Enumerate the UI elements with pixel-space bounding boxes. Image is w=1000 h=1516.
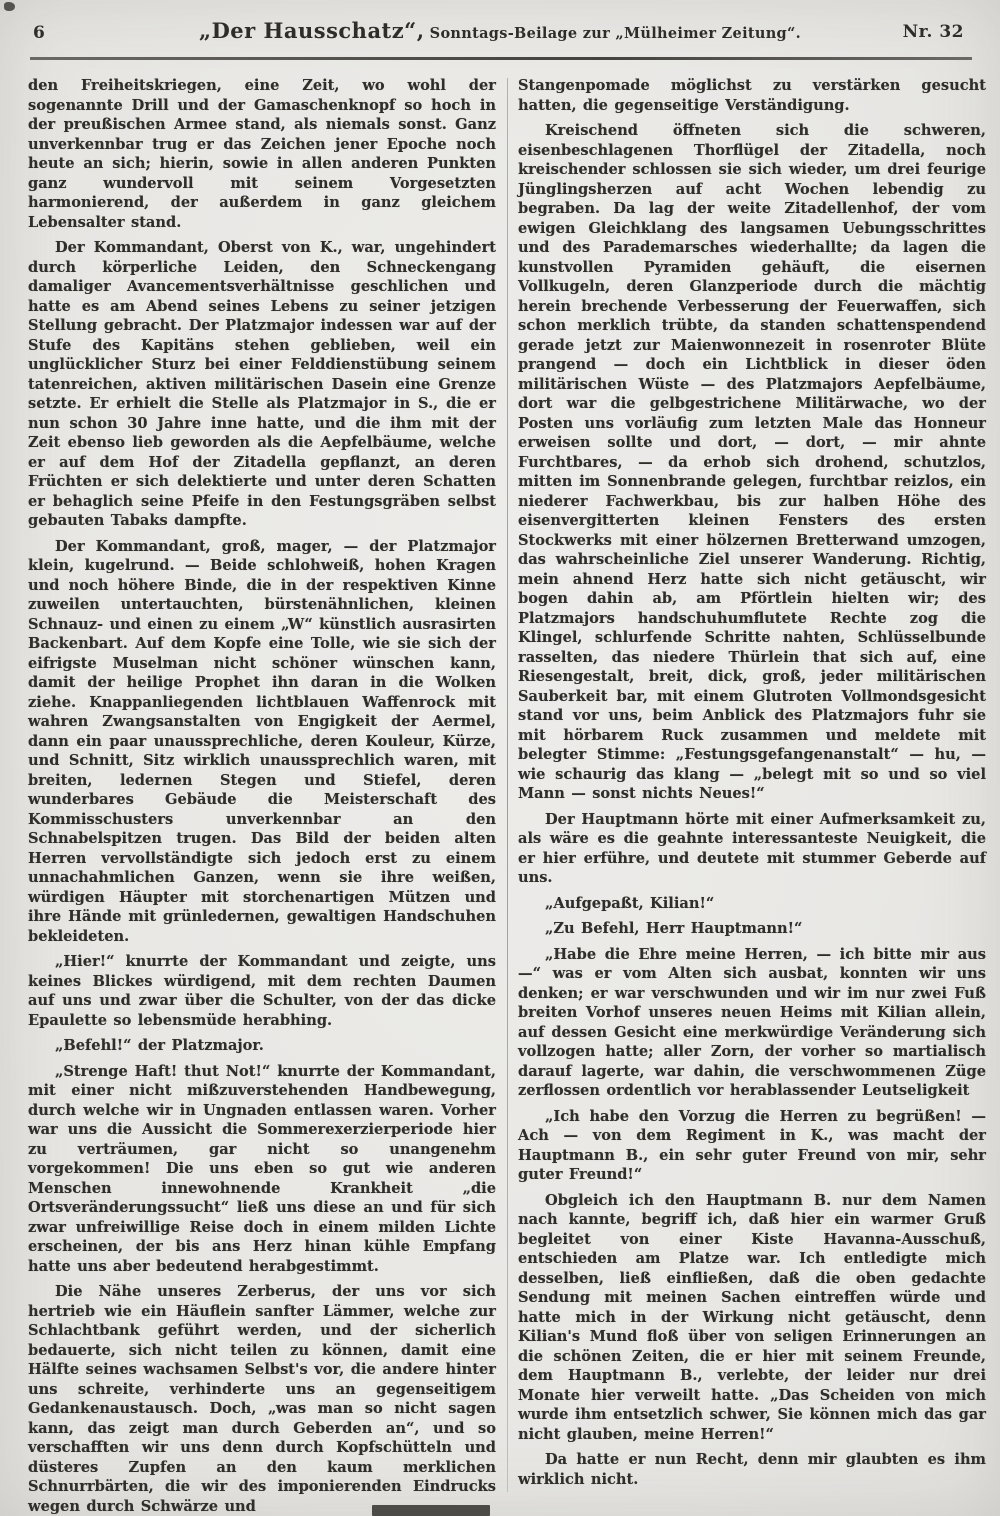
scan-artifact-bar [372, 1505, 490, 1516]
issue-number: Nr. 32 [903, 22, 964, 42]
header-rule [30, 57, 972, 60]
masthead-title: „Der Hausschatz“, [199, 18, 425, 43]
paragraph: „Strenge Haft! thut Not!“ knurrte der Ko… [28, 1062, 496, 1277]
paragraph: „Befehl!“ der Platzmajor. [28, 1036, 496, 1056]
article-body: den Freiheitskriegen, eine Zeit, wo wohl… [28, 76, 986, 1516]
paragraph: Obgleich ich den Hauptmann B. nur dem Na… [518, 1191, 986, 1445]
right-column: Stangenpomade möglichst zu verstärken ge… [518, 76, 986, 1516]
newspaper-page: 6 „Der Hausschatz“, Sonntags-Beilage zur… [0, 0, 1000, 1516]
paragraph: Stangenpomade möglichst zu verstärken ge… [518, 76, 986, 115]
masthead: „Der Hausschatz“, Sonntags-Beilage zur „… [120, 18, 880, 43]
left-column: den Freiheitskriegen, eine Zeit, wo wohl… [28, 76, 496, 1516]
page-header: 6 „Der Hausschatz“, Sonntags-Beilage zur… [0, 14, 1000, 56]
paragraph: „Zu Befehl, Herr Hauptmann!“ [518, 919, 986, 939]
scan-speck [4, 2, 15, 11]
paragraph: Die Nähe unseres Zerberus, der uns vor s… [28, 1282, 496, 1516]
paragraph: Der Hauptmann hörte mit einer Aufmerksam… [518, 810, 986, 888]
paragraph: „Hier!“ knurrte der Kommandant und zeigt… [28, 952, 496, 1030]
paragraph: Der Kommandant, groß, mager, — der Platz… [28, 537, 496, 947]
paragraph: den Freiheitskriegen, eine Zeit, wo wohl… [28, 76, 496, 232]
paragraph: Kreischend öffneten sich die schweren, e… [518, 121, 986, 804]
column-divider [507, 78, 508, 1492]
page-number: 6 [33, 23, 46, 43]
paragraph: „Aufgepaßt, Kilian!“ [518, 894, 986, 914]
masthead-subtitle: Sonntags-Beilage zur „Mülheimer Zeitung“… [430, 25, 801, 42]
paragraph: „Habe die Ehre meine Herren, — ich bitte… [518, 945, 986, 1101]
paragraph: „Ich habe den Vorzug die Herren zu begrü… [518, 1107, 986, 1185]
paragraph: Der Kommandant, Oberst von K., war, unge… [28, 238, 496, 531]
paragraph: Da hatte er nun Recht, denn mir glaubten… [518, 1450, 986, 1489]
